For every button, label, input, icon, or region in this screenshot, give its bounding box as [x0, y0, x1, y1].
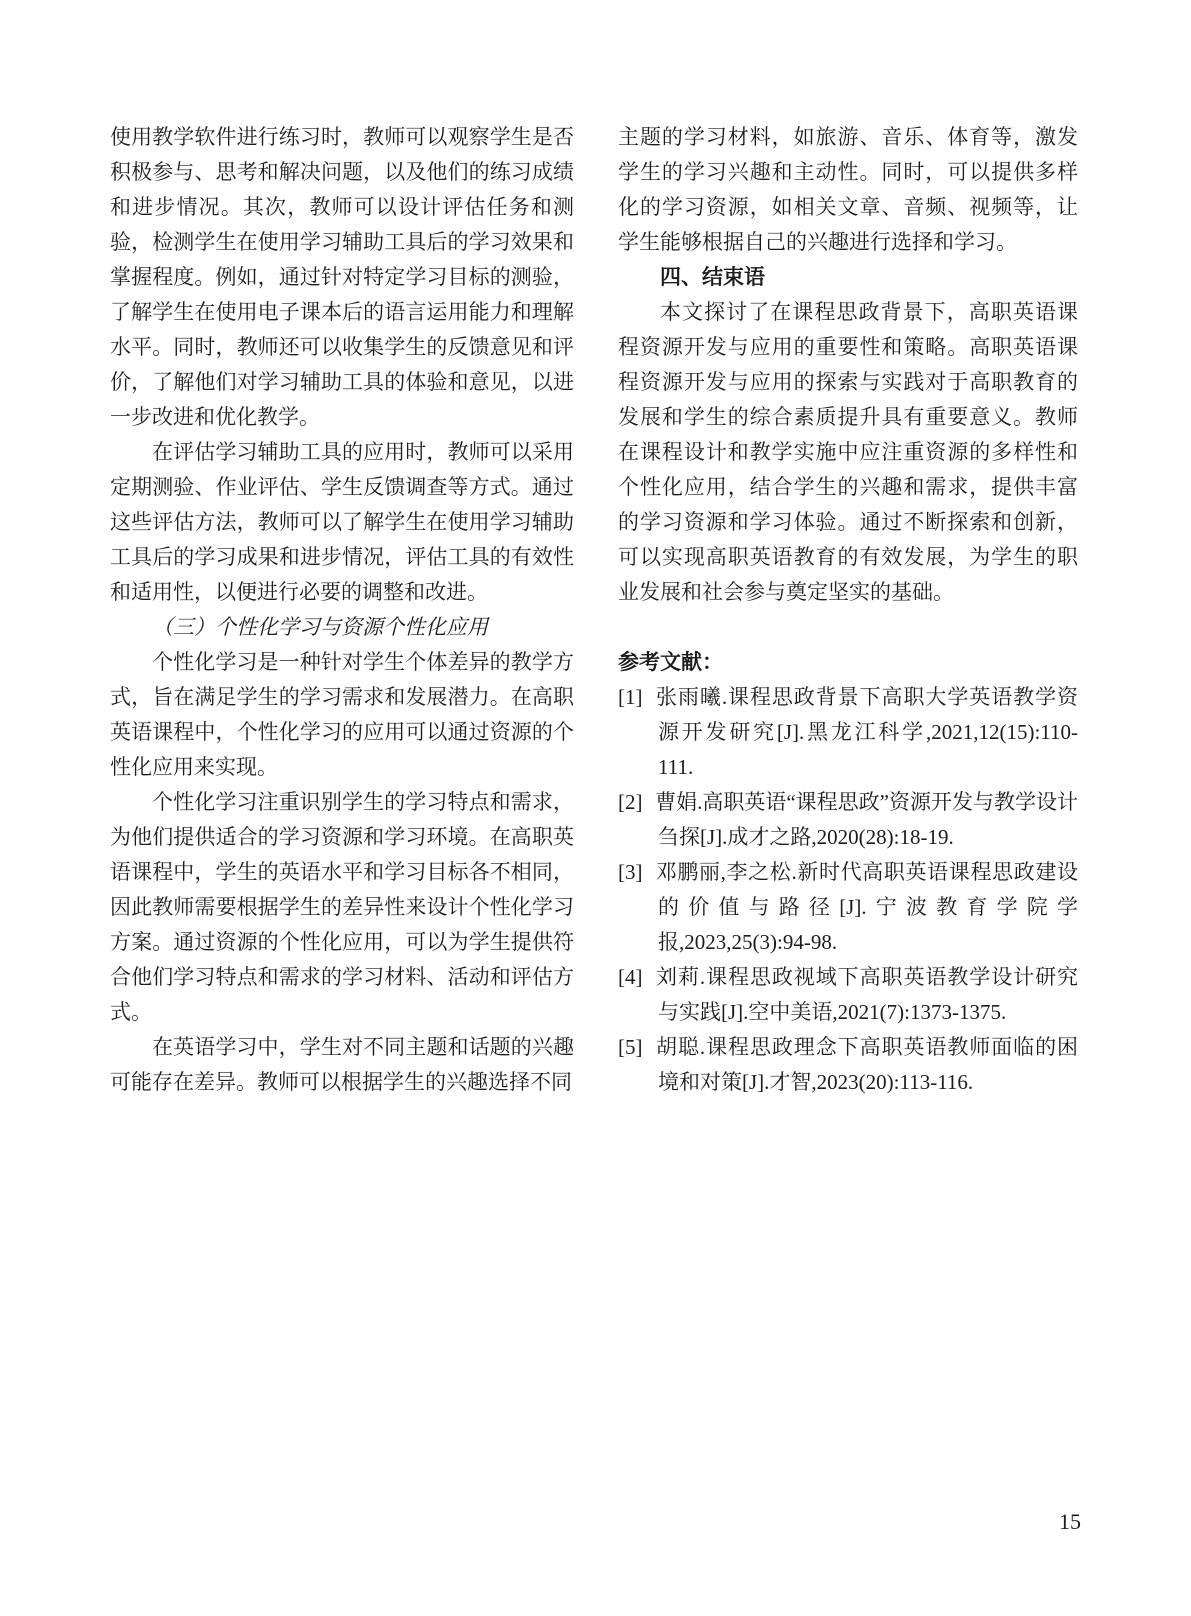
paragraph: 在英语学习中，学生对不同主题和话题的兴趣可能存在差异。教师可以根据学生的兴趣选择… — [110, 1030, 574, 1100]
conclusion-paragraph: 本文探讨了在课程思政背景下，高职英语课程资源开发与应用的重要性和策略。高职英语课… — [618, 295, 1078, 610]
reference-label: [3] — [618, 860, 643, 884]
paragraph: 在评估学习辅助工具的应用时，教师可以采用定期测验、作业评估、学生反馈调查等方式。… — [110, 435, 574, 610]
paragraph: 主题的学习材料，如旅游、音乐、体育等，激发学生的学习兴趣和主动性。同时，可以提供… — [618, 120, 1078, 260]
left-column: 使用教学软件进行练习时，教师可以观察学生是否积极参与、思考和解决问题，以及他们的… — [110, 120, 574, 1100]
paragraph: 使用教学软件进行练习时，教师可以观察学生是否积极参与、思考和解决问题，以及他们的… — [110, 120, 574, 435]
document-page: { "page": { "number": "15" }, "left_colu… — [0, 0, 1191, 1616]
reference-item: [2]曹娟.高职英语“课程思政”资源开发与教学设计刍探[J].成才之路,2020… — [618, 785, 1078, 855]
reference-item: [5]胡聪.课程思政理念下高职英语教师面临的困境和对策[J].才智,2023(2… — [618, 1030, 1078, 1100]
subsection-heading: （三）个性化学习与资源个性化应用 — [110, 610, 574, 645]
right-column: 主题的学习材料，如旅游、音乐、体育等，激发学生的学习兴趣和主动性。同时，可以提供… — [618, 120, 1078, 1100]
section-heading: 四、结束语 — [618, 260, 1078, 295]
reference-item: [3]邓鹏丽,李之松.新时代高职英语课程思政建设的价值与路径[J].宁波教育学院… — [618, 855, 1078, 960]
reference-label: [1] — [618, 685, 643, 709]
reference-text: 邓鹏丽,李之松.新时代高职英语课程思政建设的价值与路径[J].宁波教育学院学报,… — [655, 860, 1078, 954]
reference-item: [4]刘莉.课程思政视域下高职英语教学设计研究与实践[J].空中美语,2021(… — [618, 960, 1078, 1030]
reference-text: 胡聪.课程思政理念下高职英语教师面临的困境和对策[J].才智,2023(20):… — [655, 1035, 1078, 1094]
page-number: 15 — [1050, 1504, 1090, 1539]
reference-item: [1]张雨曦.课程思政背景下高职大学英语教学资源开发研究[J].黑龙江科学,20… — [618, 680, 1078, 785]
paragraph: 个性化学习是一种针对学生个体差异的教学方式，旨在满足学生的学习需求和发展潜力。在… — [110, 645, 574, 785]
references-title: 参考文献： — [618, 645, 1078, 680]
reference-text: 曹娟.高职英语“课程思政”资源开发与教学设计刍探[J].成才之路,2020(28… — [655, 790, 1078, 849]
reference-text: 张雨曦.课程思政背景下高职大学英语教学资源开发研究[J].黑龙江科学,2021,… — [655, 685, 1078, 779]
reference-text: 刘莉.课程思政视域下高职英语教学设计研究与实践[J].空中美语,2021(7):… — [655, 965, 1078, 1024]
reference-label: [2] — [618, 790, 643, 814]
paragraph: 个性化学习注重识别学生的学习特点和需求，为他们提供适合的学习资源和学习环境。在高… — [110, 785, 574, 1030]
reference-label: [4] — [618, 965, 643, 989]
reference-label: [5] — [618, 1035, 643, 1059]
